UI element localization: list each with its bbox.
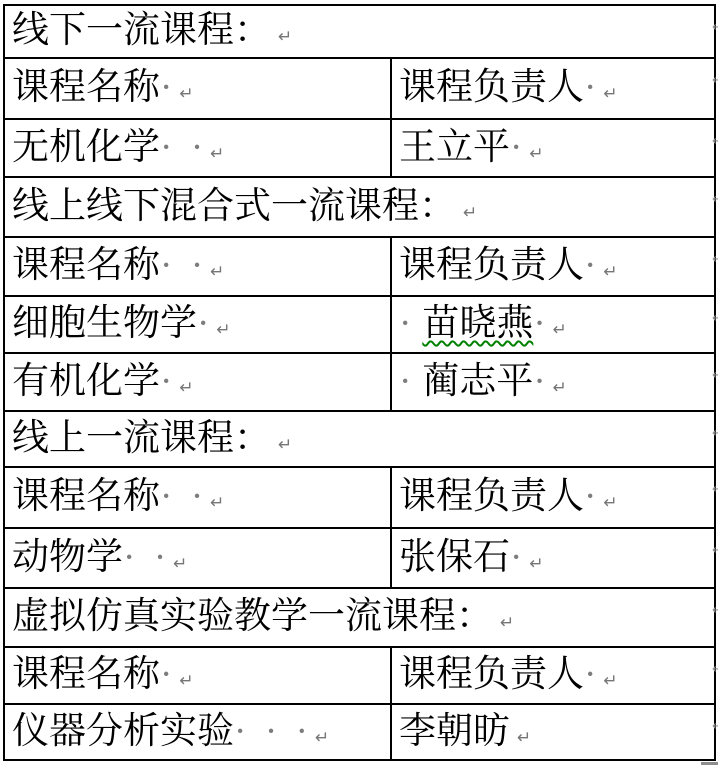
cell-end-mark-icon: ↵ (517, 728, 531, 748)
space-marks: · · (160, 245, 203, 286)
course-leader-header-cell[interactable]: 课程负责人·↵ (391, 467, 715, 528)
leader-name: 王立平 (399, 127, 510, 168)
course-name-cell[interactable]: 有机化学·↵ (4, 353, 391, 411)
space-marks: · (510, 127, 522, 168)
course-table: 线下一流课程：↵ 课程名称·↵ 课程负责人·↵ 无机化学· ·↵ 王立平·↵ (3, 4, 716, 761)
cell-end-mark-icon: ↵ (173, 554, 187, 574)
section-title: 线上一流课程： (12, 418, 271, 459)
leader-name: 李朝昉 (399, 711, 510, 752)
space-marks: · (533, 303, 545, 344)
row-end-mark-icon: ↵ (712, 134, 718, 149)
row-end-mark-icon: ↵ (712, 311, 718, 326)
column-header: 课程名称 (12, 245, 160, 286)
cell-end-mark-icon: ↵ (463, 203, 477, 223)
column-header: 课程名称 (12, 67, 160, 108)
cell-end-mark-icon: ↵ (529, 144, 543, 164)
table-row: 线下一流课程：↵ (4, 5, 715, 58)
table-row: 课程名称·↵ 课程负责人·↵ (4, 647, 715, 704)
row-end-mark-icon: ↵ (712, 20, 718, 35)
cell-end-mark-icon: ↵ (278, 27, 292, 47)
course-leader-cell[interactable]: ·蔺志平·↵ (391, 353, 715, 411)
cell-end-mark-icon: ↵ (216, 320, 230, 340)
cell-end-mark-icon: ↵ (603, 262, 617, 282)
row-end-mark-icon: ↵ (712, 603, 718, 618)
space-marks: · (197, 303, 209, 344)
row-end-mark-icon: ↵ (712, 482, 718, 497)
cell-end-mark-icon: ↵ (210, 144, 224, 164)
leader-name: 张保石 (399, 537, 510, 578)
course-leader-cell[interactable]: 李朝昉↵ (391, 704, 715, 760)
cell-end-mark-icon: ↵ (210, 493, 224, 513)
course-name: 仪器分析实验 (12, 711, 234, 752)
row-end-mark-icon: ↵ (712, 192, 718, 207)
column-header: 课程负责人 (399, 67, 584, 108)
table-row: 课程名称·↵ 课程负责人·↵ (4, 58, 715, 119)
space-marks: · (160, 361, 172, 402)
table-row: 无机化学· ·↵ 王立平·↵ (4, 119, 715, 177)
cell-end-mark-icon: ↵ (529, 554, 543, 574)
space-marks: · · (160, 476, 203, 517)
row-end-mark-icon: ↵ (712, 662, 718, 677)
table-row: 仪器分析实验· · ·↵ 李朝昉↵ (4, 704, 715, 760)
column-header: 课程负责人 (399, 476, 584, 517)
leader-name: 蔺志平 (422, 361, 533, 402)
section-title-cell[interactable]: 线下一流课程：↵ (4, 5, 715, 58)
table-row: 动物学· ·↵ 张保石·↵ (4, 528, 715, 588)
space-marks: · (160, 67, 172, 108)
table-row: 线上一流课程：↵ (4, 411, 715, 467)
space-marks: · (533, 361, 545, 402)
column-header: 课程名称 (12, 476, 160, 517)
section-title: 虚拟仿真实验教学一流课程： (12, 596, 493, 637)
course-name-header-cell[interactable]: 课程名称· ·↵ (4, 237, 391, 296)
course-name: 细胞生物学 (12, 303, 197, 344)
table-row: 课程名称· ·↵ 课程负责人·↵ (4, 467, 715, 528)
space-marks: · (584, 654, 596, 695)
course-name: 有机化学 (12, 361, 160, 402)
table-end-mark (701, 762, 718, 765)
row-end-mark-icon: ↵ (712, 426, 718, 441)
cell-end-mark-icon: ↵ (553, 378, 567, 398)
column-header: 课程负责人 (399, 654, 584, 695)
course-leader-cell[interactable]: 王立平·↵ (391, 119, 715, 177)
row-end-mark-icon: ↵ (712, 719, 718, 734)
space-marks: · · (123, 537, 166, 578)
course-name: 无机化学 (12, 127, 160, 168)
space-marks: · (399, 361, 411, 402)
course-name-header-cell[interactable]: 课程名称· ·↵ (4, 467, 391, 528)
course-name: 动物学 (12, 537, 123, 578)
course-leader-header-cell[interactable]: 课程负责人·↵ (391, 647, 715, 704)
section-title: 线上线下混合式一流课程： (12, 186, 456, 227)
table-row: 细胞生物学·↵ ·苗晓燕·↵ (4, 296, 715, 353)
course-name-cell[interactable]: 仪器分析实验· · ·↵ (4, 704, 391, 760)
table-row: 线上线下混合式一流课程：↵ (4, 177, 715, 237)
table-row: 有机化学·↵ ·蔺志平·↵ (4, 353, 715, 411)
course-name-header-cell[interactable]: 课程名称·↵ (4, 58, 391, 119)
table-row: 虚拟仿真实验教学一流课程：↵ (4, 588, 715, 647)
cell-end-mark-icon: ↵ (603, 493, 617, 513)
section-title: 线下一流课程： (12, 10, 271, 51)
section-title-cell[interactable]: 线上一流课程：↵ (4, 411, 715, 467)
space-marks: · (584, 476, 596, 517)
leader-name-spellcheck: 苗晓燕 (422, 303, 533, 344)
course-leader-cell[interactable]: 张保石·↵ (391, 528, 715, 588)
space-marks: · (510, 537, 522, 578)
cell-end-mark-icon: ↵ (179, 378, 193, 398)
space-marks: · (584, 67, 596, 108)
space-marks: · (160, 654, 172, 695)
row-end-mark-icon: ↵ (712, 73, 718, 88)
cell-end-mark-icon: ↵ (278, 435, 292, 455)
cell-end-mark-icon: ↵ (603, 671, 617, 691)
row-end-mark-icon: ↵ (712, 252, 718, 267)
cell-end-mark-icon: ↵ (315, 728, 329, 748)
space-marks: · (399, 303, 411, 344)
course-name-cell[interactable]: 动物学· ·↵ (4, 528, 391, 588)
course-name-cell[interactable]: 细胞生物学·↵ (4, 296, 391, 353)
section-title-cell[interactable]: 虚拟仿真实验教学一流课程：↵ (4, 588, 715, 647)
row-end-mark-icon: ↵ (712, 543, 718, 558)
document-page: 线下一流课程：↵ 课程名称·↵ 课程负责人·↵ 无机化学· ·↵ 王立平·↵ (0, 0, 718, 766)
cell-end-mark-icon: ↵ (179, 84, 193, 104)
space-marks: · · (160, 127, 203, 168)
course-name-header-cell[interactable]: 课程名称·↵ (4, 647, 391, 704)
course-leader-cell[interactable]: ·苗晓燕·↵ (391, 296, 715, 353)
course-leader-header-cell[interactable]: 课程负责人·↵ (391, 237, 715, 296)
cell-end-mark-icon: ↵ (553, 320, 567, 340)
space-marks: · · · (234, 711, 308, 752)
space-marks: · (584, 245, 596, 286)
section-title-cell[interactable]: 线上线下混合式一流课程：↵ (4, 177, 715, 237)
course-leader-header-cell[interactable]: 课程负责人·↵ (391, 58, 715, 119)
table-row: 课程名称· ·↵ 课程负责人·↵ (4, 237, 715, 296)
column-header: 课程负责人 (399, 245, 584, 286)
cell-end-mark-icon: ↵ (179, 671, 193, 691)
column-header: 课程名称 (12, 654, 160, 695)
course-name-cell[interactable]: 无机化学· ·↵ (4, 119, 391, 177)
cell-end-mark-icon: ↵ (210, 262, 224, 282)
cell-end-mark-icon: ↵ (500, 613, 514, 633)
row-end-mark-icon: ↵ (712, 368, 718, 383)
cell-end-mark-icon: ↵ (603, 84, 617, 104)
